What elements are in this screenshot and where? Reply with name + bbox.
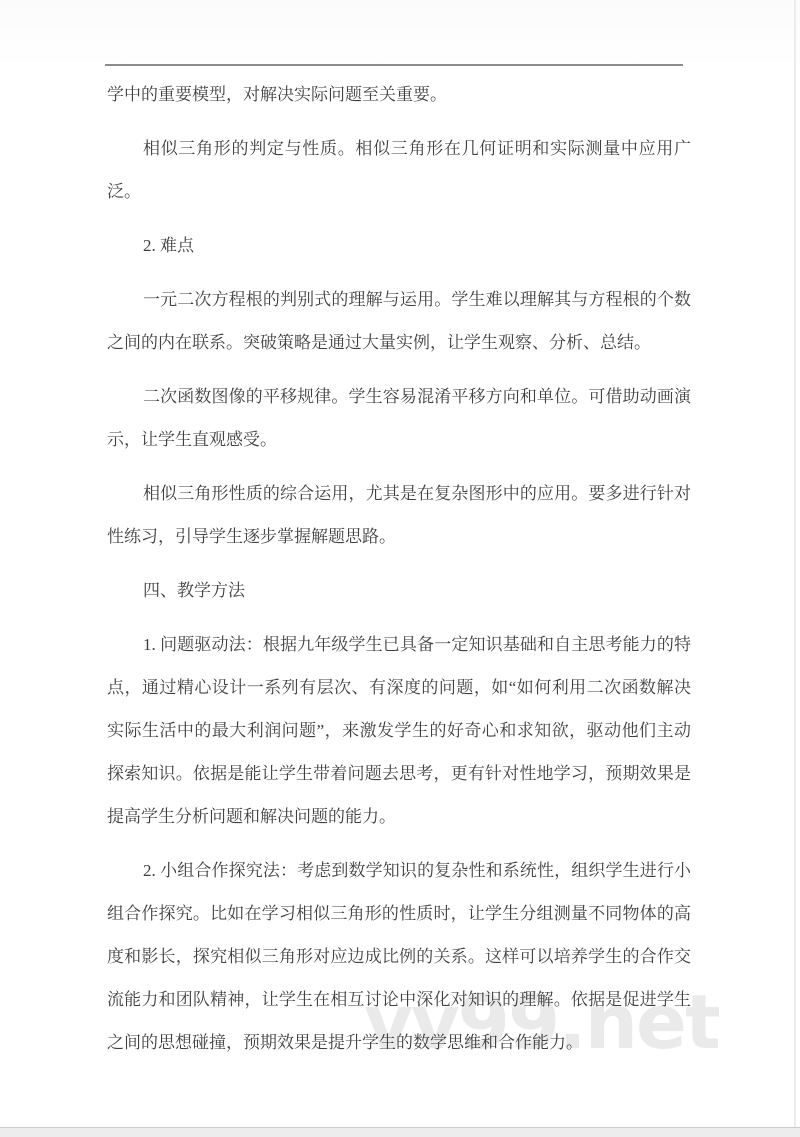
paragraph: 学中的重要模型，对解决实际问题至关重要。 <box>107 73 691 116</box>
page-right-edge <box>794 0 796 1128</box>
paragraph: 2. 小组合作探究法：考虑到数学知识的复杂性和系统性，组织学生进行小组合作探究。… <box>107 849 691 1064</box>
document-body: 学中的重要模型，对解决实际问题至关重要。相似三角形的判定与性质。相似三角形在几何… <box>107 73 691 1075</box>
page-bottom-edge <box>0 1127 800 1137</box>
paragraph: 2. 难点 <box>107 224 691 267</box>
paragraph: 相似三角形性质的综合运用，尤其是在复杂图形中的应用。要多进行针对性练习，引导学生… <box>107 472 691 558</box>
document-page: vv99.net 学中的重要模型，对解决实际问题至关重要。相似三角形的判定与性质… <box>0 0 800 1137</box>
page-top-rule <box>105 64 683 66</box>
paragraph: 四、教学方法 <box>107 569 691 612</box>
paragraph: 二次函数图像的平移规律。学生容易混淆平移方向和单位。可借助动画演示，让学生直观感… <box>107 375 691 461</box>
paragraph: 1. 问题驱动法：根据九年级学生已具备一定知识基础和自主思考能力的特点，通过精心… <box>107 623 691 838</box>
paragraph: 相似三角形的判定与性质。相似三角形在几何证明和实际测量中应用广泛。 <box>107 127 691 213</box>
paragraph: 一元二次方程根的判别式的理解与运用。学生难以理解其与方程根的个数之间的内在联系。… <box>107 278 691 364</box>
